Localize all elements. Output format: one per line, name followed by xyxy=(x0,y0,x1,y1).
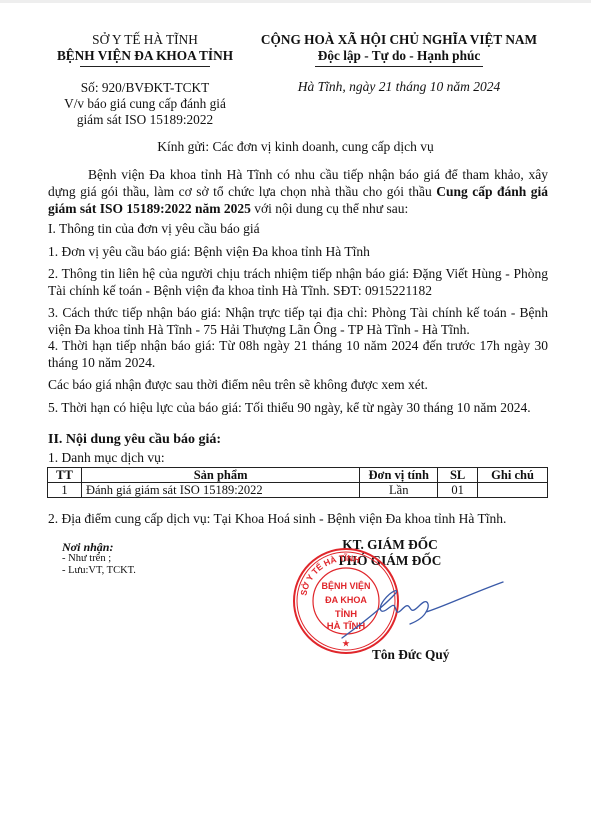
handwritten-signature-icon xyxy=(340,580,505,640)
service-location: 2. Địa điểm cung cấp dịch vụ: Tại Khoa H… xyxy=(48,510,548,527)
section2-heading: II. Nội dung yêu cầu báo giá: xyxy=(48,431,548,448)
recipients-title: Nơi nhận: xyxy=(62,541,136,553)
col-header-tt: TT xyxy=(48,468,82,483)
section1-item-1: 1. Đơn vị yêu cầu báo giá: Bệnh viện Đa … xyxy=(48,243,548,260)
col-header-quantity: SL xyxy=(438,468,478,483)
nation-title: CỘNG HOÀ XÃ HỘI CHỦ NGHĨA VIỆT NAM xyxy=(232,32,566,48)
subject-line-2: giám sát ISO 15189:2022 xyxy=(40,112,250,128)
section1-heading: I. Thông tin của đơn vị yêu cầu báo giá xyxy=(48,220,548,237)
document-number: Số: 920/BVĐKT-TCKT xyxy=(40,80,250,96)
cell-tt: 1 xyxy=(48,483,82,498)
col-header-product: Sản phẩm xyxy=(81,468,359,483)
cell-product: Đánh giá giám sát ISO 15189:2022 xyxy=(81,483,359,498)
signer-name: Tôn Đức Quý xyxy=(372,647,449,663)
section1-item-5: 5. Thời hạn có hiệu lực của báo giá: Tối… xyxy=(48,399,548,416)
intro-paragraph: Bệnh viện Đa khoa tỉnh Hà Tĩnh có nhu cầ… xyxy=(48,166,548,217)
recipients-block: Nơi nhận: - Như trên ; - Lưu:VT, TCKT. xyxy=(62,541,136,577)
table-header-row: TT Sản phẩm Đơn vị tính SL Ghi chú xyxy=(48,468,548,483)
recipient-item: - Lưu:VT, TCKT. xyxy=(62,565,136,577)
page-top-edge xyxy=(0,0,591,3)
section1-item-4: 4. Thời hạn tiếp nhận báo giá: Từ 08h ng… xyxy=(48,337,548,371)
svg-text:★: ★ xyxy=(342,639,350,648)
recipient-item: - Như trên ; xyxy=(62,553,136,565)
col-header-unit: Đơn vị tính xyxy=(360,468,438,483)
national-motto: Độc lập - Tự do - Hạnh phúc xyxy=(232,48,566,64)
service-table: TT Sản phẩm Đơn vị tính SL Ghi chú 1 Đán… xyxy=(47,467,548,498)
issuer-header: SỞ Y TẾ HÀ TĨNH BỆNH VIỆN ĐA KHOA TỈNH S… xyxy=(40,32,250,128)
subject-line-1: V/v báo giá cung cấp đánh giá xyxy=(40,96,250,112)
department-name: SỞ Y TẾ HÀ TĨNH xyxy=(40,32,250,48)
greeting: Kính gửi: Các đơn vị kinh doanh, cung cấ… xyxy=(0,139,591,155)
section1-note: Các báo giá nhận được sau thời điểm nêu … xyxy=(48,376,548,393)
col-header-note: Ghi chú xyxy=(478,468,548,483)
cell-note xyxy=(478,483,548,498)
national-header: CỘNG HOÀ XÃ HỘI CHỦ NGHĨA VIỆT NAM Độc l… xyxy=(232,32,566,95)
header-left-rule xyxy=(80,66,210,67)
place-date: Hà Tĩnh, ngày 21 tháng 10 năm 2024 xyxy=(232,79,566,95)
table-row: 1 Đánh giá giám sát ISO 15189:2022 Lần 0… xyxy=(48,483,548,498)
intro-text-end: với nội dung cụ thể như sau: xyxy=(251,201,408,216)
header-right-rule xyxy=(315,66,483,67)
hospital-name: BỆNH VIỆN ĐA KHOA TỈNH xyxy=(40,48,250,64)
cell-unit: Lần xyxy=(360,483,438,498)
section1-item-3: 3. Cách thức tiếp nhận báo giá: Nhận trự… xyxy=(48,304,548,338)
cell-quantity: 01 xyxy=(438,483,478,498)
service-list-title: 1. Danh mục dịch vụ: xyxy=(48,449,548,466)
section1-item-2: 2. Thông tin liên hệ của người chịu trác… xyxy=(48,265,548,299)
